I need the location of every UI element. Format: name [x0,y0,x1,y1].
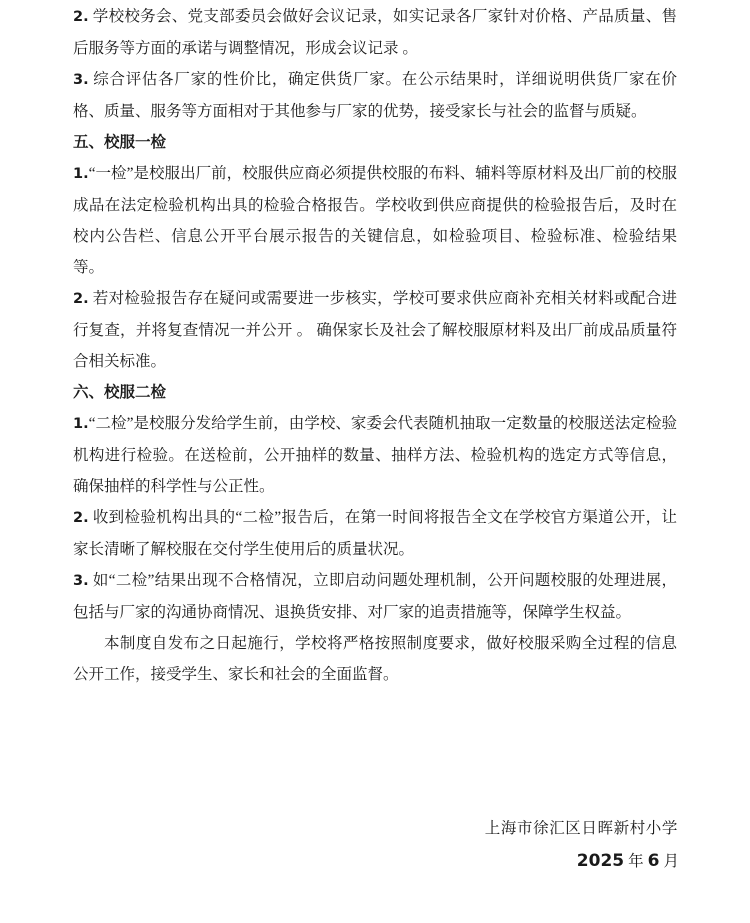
paragraph-text: “二检”是校服分发给学生前，由学校、家委会代表随机抽取一定数量的校服送法定检验机… [73,415,677,495]
paragraph-text: 收到检验机构出具的“二检”报告后，在第一时间将报告全文在学校官方渠道公开，让家长… [73,509,677,558]
signature-school-name: 上海市徐汇区日晖新村小学 [485,816,678,838]
paragraph-text: 如“二检”结果出现不合格情况，立即启动问题处理机制，公开问题校服的处理进展，包括… [73,572,677,621]
section-heading: 六、校服二检 [73,377,677,408]
paragraph: 2. 若对检验报告存在疑问或需要进一步核实，学校可要求供应商补充相关材料或配合进… [73,283,677,377]
list-number: 2. [73,291,89,307]
date-year-unit: 年 [628,853,644,870]
paragraph: 本制度自发布之日起施行，学校将严格按照制度要求，做好校服采购全过程的信息公开工作… [73,628,677,690]
paragraph: 2. 收到检验机构出具的“二检”报告后，在第一时间将报告全文在学校官方渠道公开，… [73,502,677,565]
list-number: 1. [73,166,89,182]
date-month-unit: 月 [663,853,679,870]
document-page: 2. 学校校务会、党支部委员会做好会议记录，如实记录各厂家针对价格、产品质量、售… [0,0,750,923]
paragraph: 2. 学校校务会、党支部委员会做好会议记录，如实记录各厂家针对价格、产品质量、售… [73,1,677,64]
paragraph: 1.“二检”是校服分发给学生前，由学校、家委会代表随机抽取一定数量的校服送法定检… [73,408,677,502]
paragraph: 1.“一检”是校服出厂前，校服供应商必须提供校服的布料、辅料等原材料及出厂前的校… [73,158,677,283]
list-number: 2. [73,510,89,526]
section-heading: 五、校服一检 [73,127,677,158]
paragraph: 3. 如“二检”结果出现不合格情况，立即启动问题处理机制，公开问题校服的处理进展… [73,565,677,628]
signature-date: 2025年6月 [577,849,683,871]
paragraph-text: 若对检验报告存在疑问或需要进一步核实，学校可要求供应商补充相关材料或配合进行复查… [73,290,677,370]
date-year-number: 2025 [577,851,624,871]
paragraph-text: 学校校务会、党支部委员会做好会议记录，如实记录各厂家针对价格、产品质量、售后服务… [73,8,677,57]
paragraph-text: 五、校服一检 [73,134,166,151]
paragraph-text: 六、校服二检 [73,384,166,401]
paragraph-text: 综合评估各厂家的性价比，确定供货厂家。在公示结果时，详细说明供货厂家在价格、质量… [73,71,677,120]
list-number: 3. [73,72,89,88]
list-number: 2. [73,9,89,25]
list-number: 3. [73,573,89,589]
paragraph-text: “一检”是校服出厂前，校服供应商必须提供校服的布料、辅料等原材料及出厂前的校服成… [73,165,677,276]
list-number: 1. [73,416,89,432]
paragraph-text: 本制度自发布之日起施行，学校将严格按照制度要求，做好校服采购全过程的信息公开工作… [73,635,677,683]
paragraph: 3. 综合评估各厂家的性价比，确定供货厂家。在公示结果时，详细说明供货厂家在价格… [73,64,677,127]
date-month-number: 6 [648,851,660,871]
document-body: 2. 学校校务会、党支部委员会做好会议记录，如实记录各厂家针对价格、产品质量、售… [73,1,677,690]
